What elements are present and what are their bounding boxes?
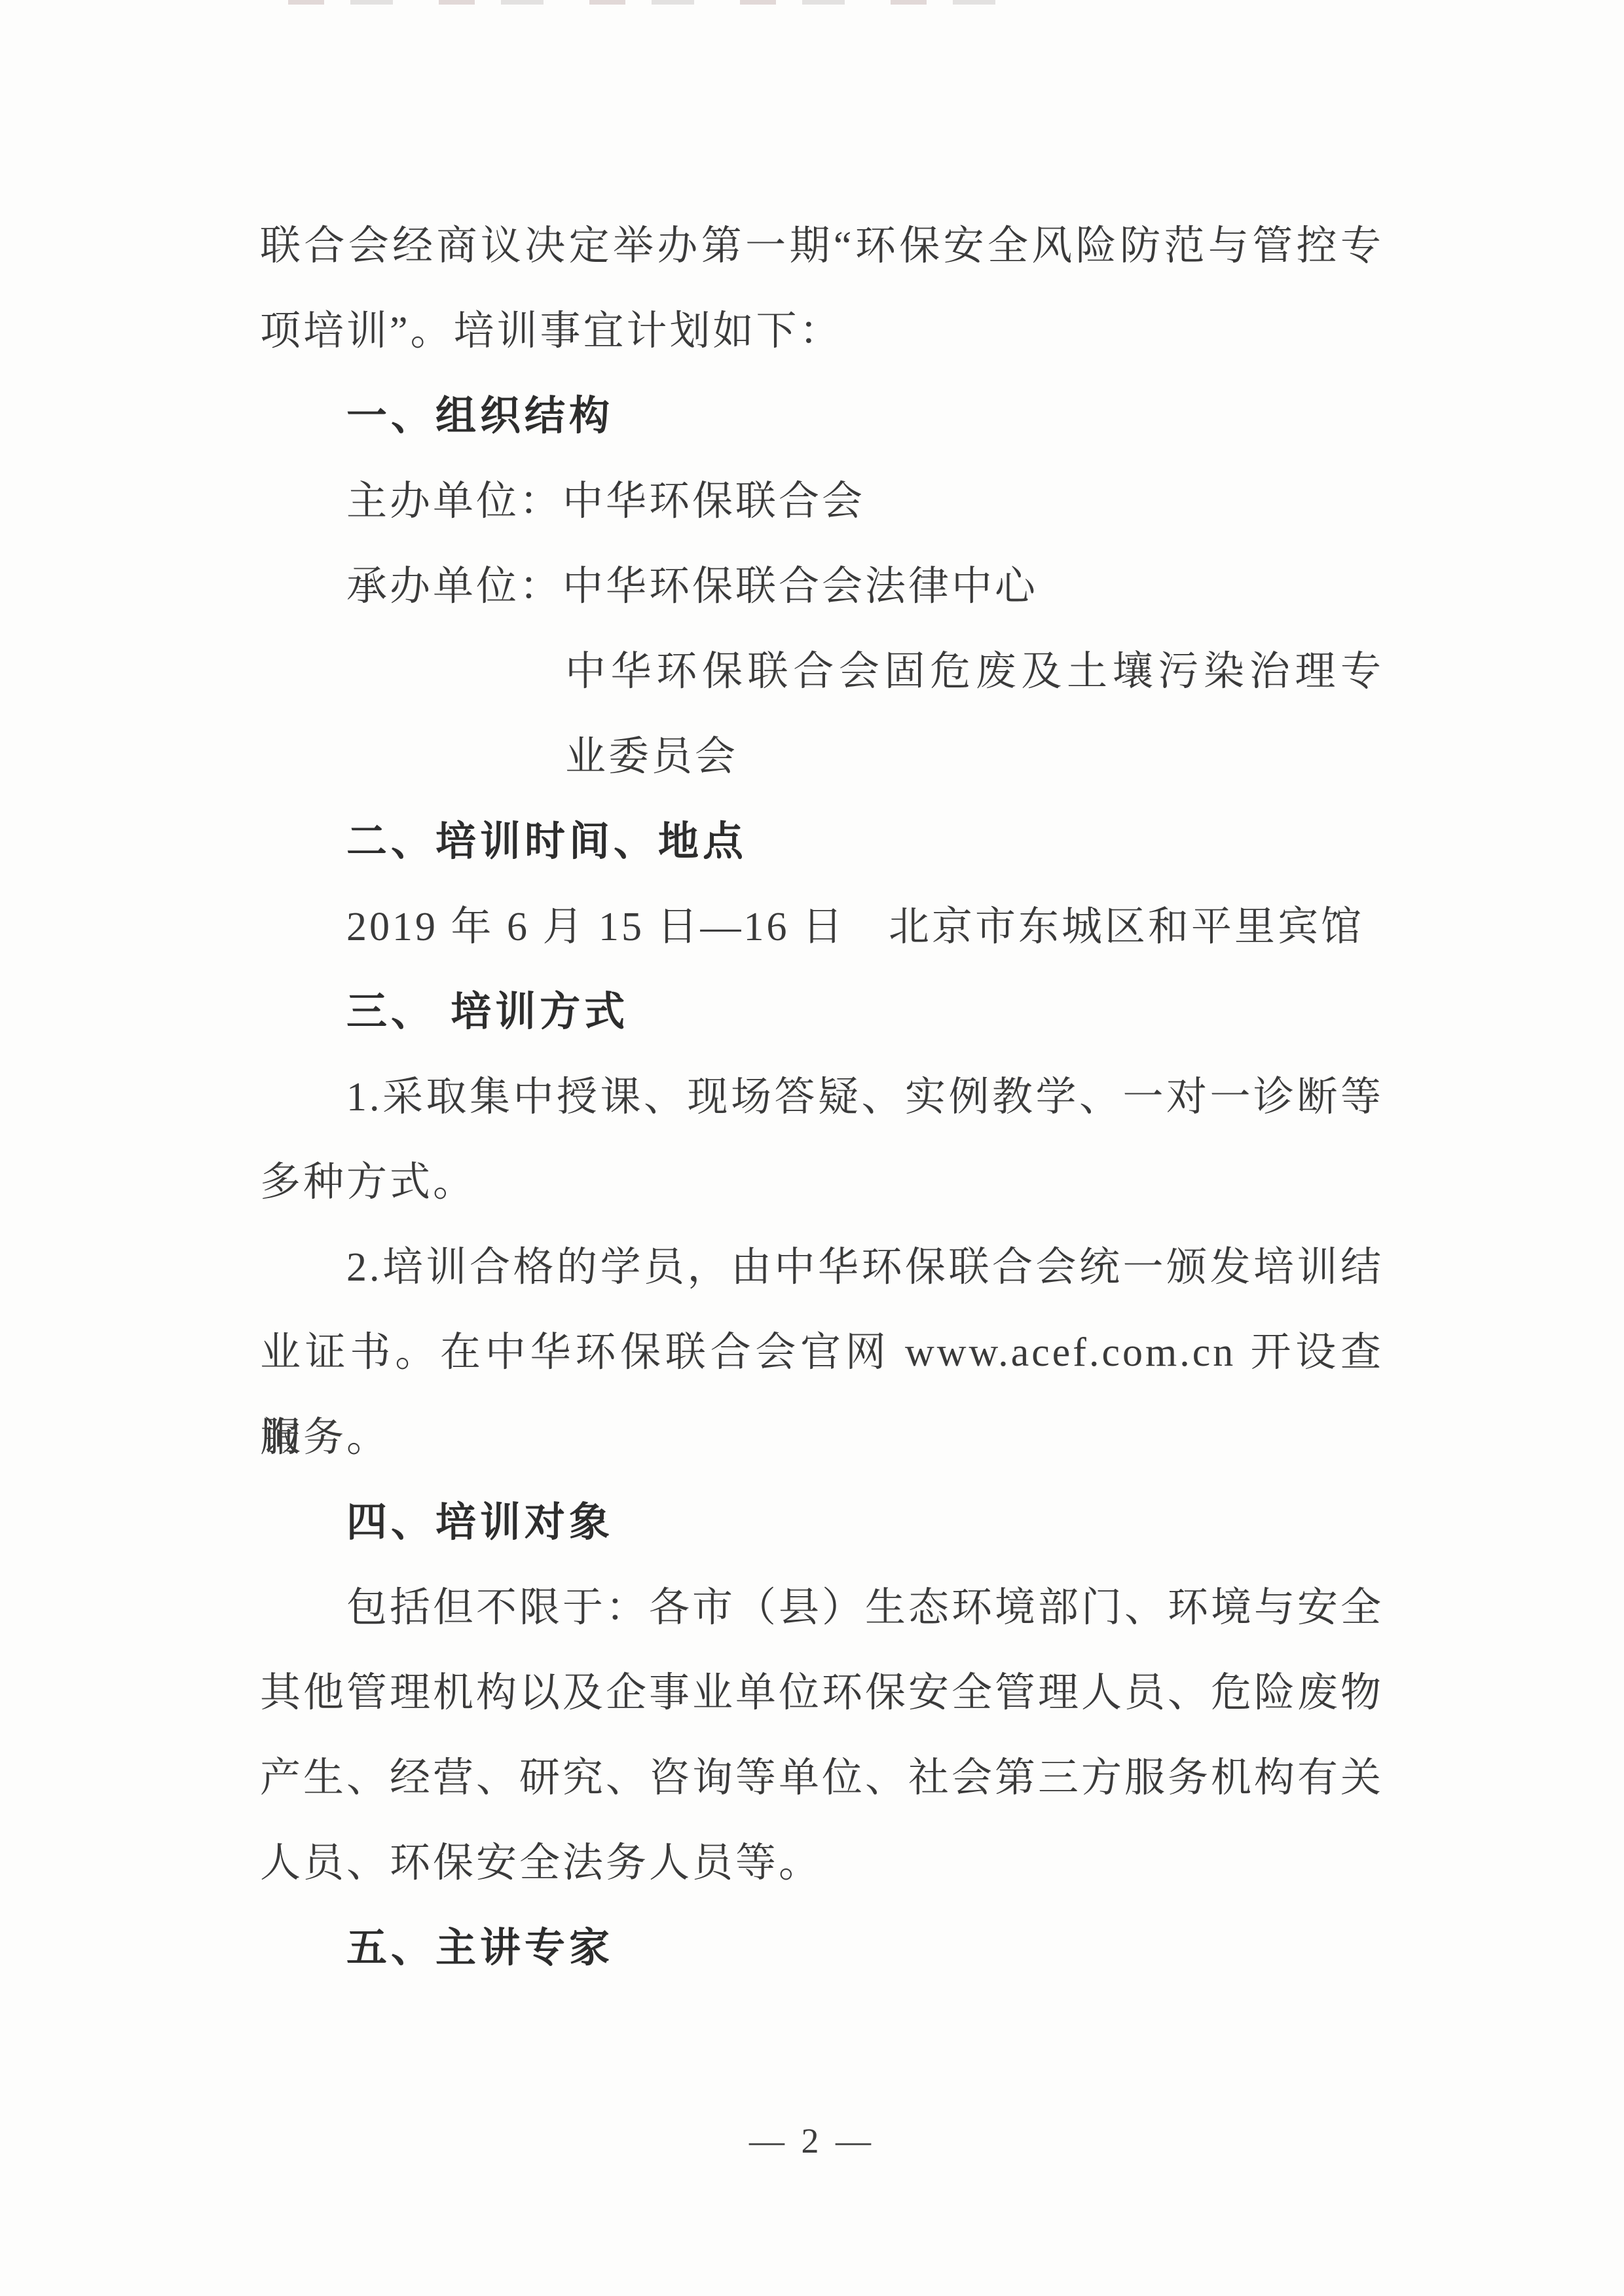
scanned-page: 联合会经商议决定举办第一期“环保安全风险防范与管控专 项培训”。培训事宜计划如下… (0, 0, 1624, 2296)
training-cert-line-3: 服务。 (260, 1395, 1384, 1480)
audience-line-3: 产生、经营、研究、咨询等单位、社会第三方服务机构有关 (260, 1736, 1384, 1821)
heading-training-audience: 四、培训对象 (260, 1480, 1384, 1565)
page-number: — 2 — (0, 2120, 1624, 2162)
heading-training-method: 三、 培训方式 (260, 970, 1384, 1055)
training-method-line-1: 1.采取集中授课、现场答疑、实例教学、一对一诊断等 (260, 1055, 1384, 1140)
time-location-line: 2019 年 6 月 15 日—16 日 北京市东城区和平里宾馆 (260, 884, 1384, 970)
heading-organization: 一、组织结构 (260, 374, 1384, 459)
para-intro-line-2: 项培训”。培训事宜计划如下： (260, 289, 1384, 374)
training-method-line-2: 多种方式。 (260, 1140, 1384, 1225)
heading-time-location: 二、培训时间、地点 (260, 799, 1384, 884)
audience-line-1: 包括但不限于：各市（县）生态环境部门、环境与安全 (260, 1565, 1384, 1650)
document-body: 联合会经商议决定举办第一期“环保安全风险防范与管控专 项培训”。培训事宜计划如下… (260, 204, 1384, 1991)
audience-line-2: 其他管理机构以及企事业单位环保安全管理人员、危险废物 (260, 1650, 1384, 1736)
organizer-unit-line-1: 承办单位：中华环保联合会法律中心 (260, 544, 1384, 629)
organizer-unit-line-2: 中华环保联合会固危废及土壤污染治理专 (260, 629, 1384, 714)
heading-speakers: 五、主讲专家 (260, 1906, 1384, 1991)
audience-line-4: 人员、环保安全法务人员等。 (260, 1821, 1384, 1906)
host-unit-line: 主办单位：中华环保联合会 (260, 459, 1384, 544)
top-edge-scan-artifact (288, 0, 1041, 5)
training-cert-line-1: 2.培训合格的学员，由中华环保联合会统一颁发培训结 (260, 1225, 1384, 1310)
organizer-unit-line-3: 业委员会 (260, 714, 1384, 799)
training-cert-line-2: 业证书。在中华环保联合会官网 www.acef.com.cn 开设查询 (260, 1310, 1384, 1395)
para-intro-line-1: 联合会经商议决定举办第一期“环保安全风险防范与管控专 (260, 204, 1384, 289)
